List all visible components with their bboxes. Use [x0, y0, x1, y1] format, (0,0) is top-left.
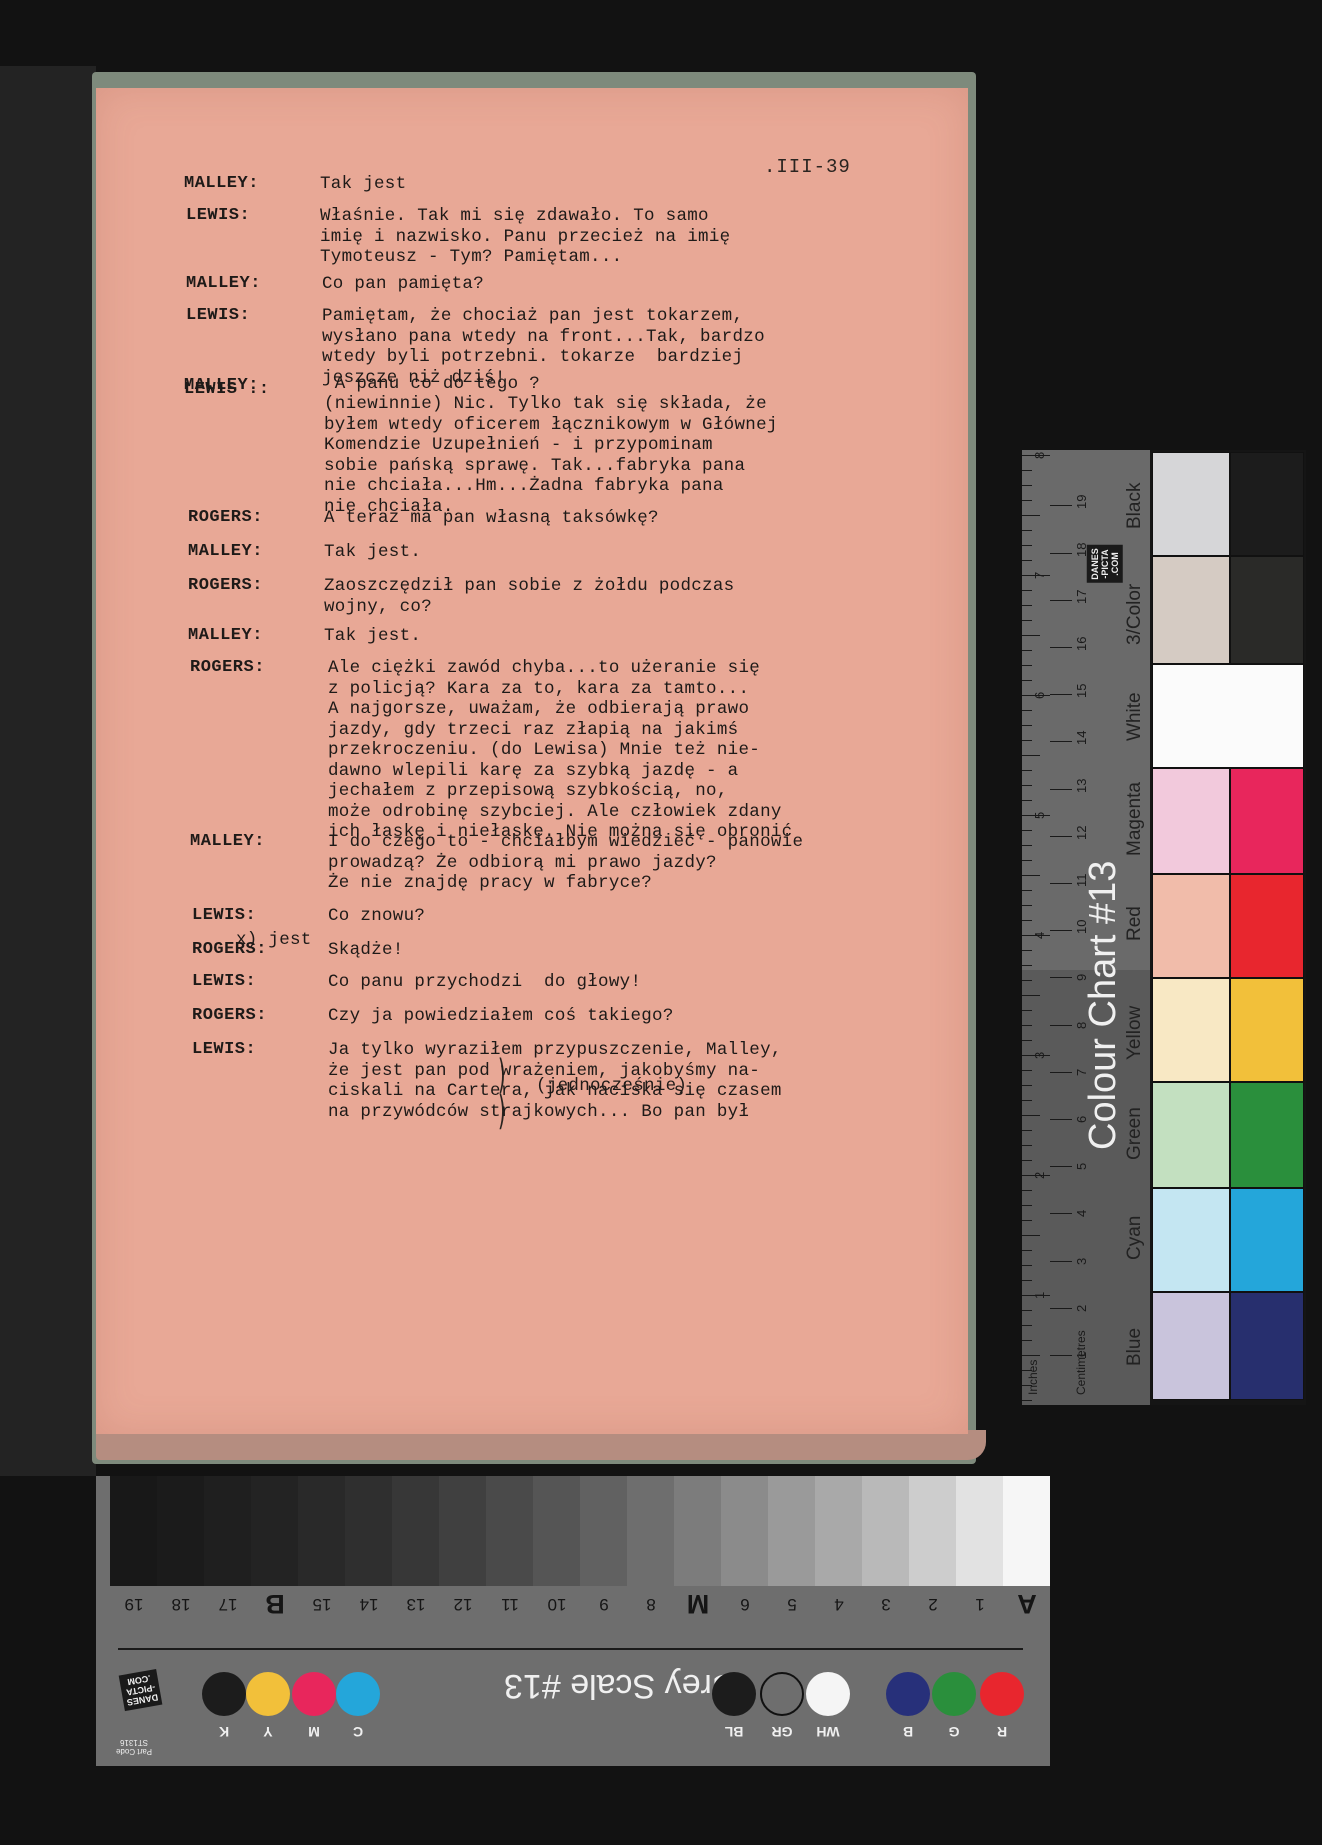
minor-tick: [1022, 710, 1032, 711]
dialogue-line: Że nie znajdę pracy w fabryce?: [328, 873, 652, 894]
minor-tick: [1022, 1130, 1032, 1131]
typescript-page: .III-39 ) ) (jednocześnie) x) jest MALLE…: [96, 88, 968, 1434]
grey-step-label: 19: [119, 1594, 149, 1614]
cm-tick: [1050, 647, 1072, 648]
grey-step-label: M: [683, 1588, 713, 1619]
cm-tick-label: 15: [1074, 684, 1089, 698]
logo-line: .COM: [1110, 548, 1120, 580]
part-code-value: ST1316: [116, 1738, 152, 1747]
grey-step: [862, 1476, 909, 1586]
colour-chart-title: Colour Chart #13: [1082, 861, 1125, 1150]
dialogue-line: A teraz ma pan własną taksówkę?: [324, 508, 659, 529]
minor-tick: [1022, 875, 1040, 876]
grey-scale-logo: DANES -PICTA .COM: [119, 1669, 162, 1711]
colour-dot: [760, 1672, 804, 1716]
cm-tick-label: 13: [1074, 778, 1089, 792]
colour-patch-light: [1152, 1292, 1230, 1400]
grey-step-label: 11: [495, 1594, 525, 1614]
colour-dot-label: G: [932, 1724, 976, 1740]
speaker-name: LEWIS:: [186, 206, 250, 225]
speaker-name: LEWIS:: [186, 306, 250, 325]
grey-scale-chart: Grey Scale #13 DANES -PICTA .COM Part Co…: [96, 1476, 1050, 1766]
grey-step: [1003, 1476, 1050, 1586]
minor-tick: [1022, 1100, 1032, 1101]
cm-tick-label: 9: [1074, 974, 1089, 981]
cm-tick-label: 11: [1074, 874, 1089, 888]
dialogue-line: Tymoteusz - Tym? Pamiętam...: [320, 247, 622, 268]
minor-tick: [1022, 1250, 1032, 1251]
minor-tick: [1022, 590, 1032, 591]
colour-patch-dark: [1230, 452, 1304, 556]
dialogue-line: Tak jest.: [324, 626, 421, 647]
speaker-name: LEWIS .:: [184, 380, 270, 399]
minor-tick: [1022, 1190, 1032, 1191]
colour-dot: [336, 1672, 380, 1716]
dialogue-line: ciskali na Cartera, jak naciska się czas…: [328, 1081, 782, 1102]
inch-tick-label: 2: [1032, 1172, 1047, 1179]
cm-tick: [1050, 553, 1072, 554]
colour-patch-light: [1152, 664, 1304, 768]
dialogue-line: byłem wtedy oficerem łącznikowym w Główn…: [324, 415, 778, 436]
inch-tick-label: 1: [1032, 1292, 1047, 1299]
dialogue-line: przekroczeniu. (do Lewisa) Mnie też nie-: [328, 740, 760, 761]
grey-step-label: 2: [918, 1594, 948, 1614]
minor-tick: [1022, 950, 1032, 951]
cm-tick: [1050, 1166, 1072, 1167]
speaker-name: MALLEY:: [184, 174, 259, 193]
logo-line: -PICTA: [1100, 548, 1110, 580]
dialogue-line: Skądże!: [328, 940, 404, 961]
inch-tick-label: 8: [1032, 452, 1047, 459]
grey-step: [674, 1476, 721, 1586]
minor-tick: [1022, 1235, 1040, 1236]
dialogue-line: może odrobinę szybciej. Ale człowiek zda…: [328, 802, 782, 823]
speaker-name: ROGERS:: [190, 658, 265, 677]
minor-tick: [1022, 1310, 1032, 1311]
cm-tick-label: 18: [1074, 542, 1089, 556]
grey-step: [768, 1476, 815, 1586]
cm-tick: [1050, 694, 1072, 695]
dialogue-line: A najgorsze, uważam, że odbierają prawo: [328, 699, 749, 720]
cm-tick: [1050, 930, 1072, 931]
inch-tick-label: 3: [1032, 1052, 1047, 1059]
colour-patch-label: Yellow: [1124, 1006, 1146, 1060]
dialogue-line: Pamiętam, że chociaż pan jest tokarzem,: [322, 306, 743, 327]
minor-tick: [1022, 650, 1032, 651]
cm-tick-label: 19: [1074, 495, 1089, 509]
cm-tick: [1050, 1213, 1072, 1214]
minor-tick: [1022, 1325, 1032, 1326]
minor-tick: [1022, 890, 1032, 891]
minor-tick: [1022, 1355, 1040, 1356]
colour-patch-light: [1152, 1082, 1230, 1188]
dialogue-line: I do czego to - chciałbym wiedzieć - pan…: [328, 832, 803, 853]
colour-dot-label: K: [202, 1724, 246, 1740]
grey-step-label: B: [260, 1588, 290, 1619]
colour-dot-label: GR: [760, 1724, 804, 1740]
grey-step: [956, 1476, 1003, 1586]
colour-patch-label: Cyan: [1124, 1216, 1146, 1260]
dialogue-line: na przywódców strajkowych... Bo pan był: [328, 1102, 749, 1123]
minor-tick: [1022, 860, 1032, 861]
colour-dot-label: R: [980, 1724, 1024, 1740]
dialogue-line: z policją? Kara za to, kara za tamto...: [328, 679, 749, 700]
minor-tick: [1022, 545, 1032, 546]
grey-step: [392, 1476, 439, 1586]
colour-patch-label: White: [1124, 692, 1146, 741]
colour-patch-label: Magenta: [1124, 782, 1146, 856]
speaker-name: ROGERS:: [188, 508, 263, 527]
grey-step: [627, 1476, 674, 1586]
colour-patch-dark: [1230, 1292, 1304, 1400]
cm-tick: [1050, 789, 1072, 790]
minor-tick: [1022, 725, 1032, 726]
colour-patch-label: Green: [1124, 1107, 1146, 1160]
grey-step-label: 18: [166, 1594, 196, 1614]
cm-tick: [1050, 977, 1072, 978]
dialogue-line: Tak jest.: [324, 542, 421, 563]
colour-dot: [806, 1672, 850, 1716]
colour-dot-label: WH: [806, 1724, 850, 1740]
minor-tick: [1022, 980, 1032, 981]
dialogue-line: Zaoszczędził pan sobie z żołdu podczas: [324, 576, 734, 597]
grey-step-label: 15: [307, 1594, 337, 1614]
grey-step-label: 3: [871, 1594, 901, 1614]
minor-tick: [1022, 1205, 1032, 1206]
cm-tick-label: 6: [1074, 1116, 1089, 1123]
dialogue-line: jazdy, gdy trzeci raz złapią na jakimś: [328, 720, 738, 741]
minor-tick: [1022, 530, 1032, 531]
speaker-name: LEWIS:: [192, 1040, 256, 1059]
speaker-name: ROGERS:: [192, 1006, 267, 1025]
grey-step-label: 8: [636, 1594, 666, 1614]
grey-step: [815, 1476, 862, 1586]
grey-step-label: 13: [401, 1594, 431, 1614]
minor-tick: [1022, 1400, 1032, 1401]
minor-tick: [1022, 665, 1032, 666]
dialogue-line: imię i nazwisko. Panu przecież na imię: [320, 227, 730, 248]
speaker-name: ROGERS:: [192, 940, 267, 959]
grey-step-label: A: [1012, 1588, 1042, 1619]
colour-patch-label: Blue: [1124, 1328, 1146, 1366]
speaker-name: MALLEY:: [186, 274, 261, 293]
cm-tick: [1050, 1119, 1072, 1120]
cm-tick: [1050, 505, 1072, 506]
dialogue-line: A panu co do tego ?: [324, 374, 540, 395]
dialogue-line: Ja tylko wyraziłem przypuszczenie, Malle…: [328, 1040, 782, 1061]
colour-dot: [932, 1672, 976, 1716]
cm-tick: [1050, 1072, 1072, 1073]
dialogue-line: dawno wlepili karę za szybką jazdę - a: [328, 761, 738, 782]
minor-tick: [1022, 560, 1032, 561]
inch-tick-label: 6: [1032, 692, 1047, 699]
inch-tick-label: 7: [1032, 572, 1047, 579]
minor-tick: [1022, 755, 1040, 756]
colour-patch-light: [1152, 978, 1230, 1082]
grey-scale-title: Grey Scale #13: [504, 1666, 738, 1705]
minor-tick: [1022, 1070, 1032, 1071]
grey-step: [721, 1476, 768, 1586]
colour-patch-dark: [1230, 874, 1304, 978]
cm-tick: [1050, 1261, 1072, 1262]
cm-tick-label: 4: [1074, 1210, 1089, 1217]
cm-tick-label: 10: [1074, 920, 1089, 934]
dialogue-line: jechałem z przepisową szybkością, no,: [328, 781, 728, 802]
minor-tick: [1022, 1145, 1032, 1146]
minor-tick: [1022, 1280, 1032, 1281]
grey-step-label: 12: [448, 1594, 478, 1614]
minor-tick: [1022, 800, 1032, 801]
colour-patch-dark: [1230, 1082, 1304, 1188]
colour-patch-light: [1152, 556, 1230, 664]
dialogue-line: (niewinnie) Nic. Tylko tak się składa, ż…: [324, 394, 767, 415]
dialogue-line: wojny, co?: [324, 597, 432, 618]
speaker-name: LEWIS:: [192, 972, 256, 991]
minor-tick: [1022, 680, 1032, 681]
cm-tick-label: 5: [1074, 1163, 1089, 1170]
cm-tick-label: 16: [1074, 637, 1089, 651]
cm-tick: [1050, 836, 1072, 837]
grey-step: [533, 1476, 580, 1586]
colour-dot-label: Y: [246, 1724, 290, 1740]
colour-dot: [246, 1672, 290, 1716]
grey-scale-divider: [118, 1648, 1023, 1650]
dialogue-line: prowadzą? Że odbiorą mi prawo jazdy?: [328, 853, 717, 874]
minor-tick: [1022, 1115, 1040, 1116]
cm-tick-label: 8: [1074, 1021, 1089, 1028]
grey-step: [439, 1476, 486, 1586]
dialogue-line: wysłano pana wtedy na front...Tak, bardz…: [322, 327, 765, 348]
colour-patch-label: Black: [1124, 483, 1146, 529]
cm-tick: [1050, 600, 1072, 601]
grey-step-label: 14: [354, 1594, 384, 1614]
grey-step-label: 4: [824, 1594, 854, 1614]
dialogue-line: Co znowu?: [328, 906, 425, 927]
colour-patch-light: [1152, 874, 1230, 978]
minor-tick: [1022, 1220, 1032, 1221]
dialogue-line: wtedy byli potrzebni. tokarze bardziej: [322, 347, 743, 368]
part-code: Part Code ST1316: [116, 1738, 152, 1756]
colour-dot-label: C: [336, 1724, 380, 1740]
colour-dot-label: B: [886, 1724, 930, 1740]
minor-tick: [1022, 1010, 1032, 1011]
minor-tick: [1022, 635, 1040, 636]
speaker-name: MALLEY:: [188, 542, 263, 561]
cm-tick: [1050, 883, 1072, 884]
minor-tick: [1022, 1385, 1032, 1386]
minor-tick: [1022, 485, 1032, 486]
minor-tick: [1022, 605, 1032, 606]
cm-tick-label: 12: [1074, 825, 1089, 839]
minor-tick: [1022, 785, 1032, 786]
page-number: .III-39: [764, 156, 851, 178]
minor-tick: [1022, 1265, 1032, 1266]
part-code-label: Part Code: [116, 1747, 152, 1756]
dialogue-line: Co panu przychodzi do głowy!: [328, 972, 641, 993]
minor-tick: [1022, 905, 1032, 906]
minor-tick: [1022, 740, 1032, 741]
grey-step: [486, 1476, 533, 1586]
minor-tick: [1022, 1025, 1032, 1026]
grey-step-label: 10: [542, 1594, 572, 1614]
colour-chart: Colour Chart #13 DANES -PICTA .COM Inche…: [1022, 450, 1306, 1405]
speaker-name: MALLEY:: [188, 626, 263, 645]
speaker-name: ROGERS:: [188, 576, 263, 595]
minor-tick: [1022, 770, 1032, 771]
dialogue-line: że jest pan pod wrażeniem, jakobyśmy na-: [328, 1061, 760, 1082]
minor-tick: [1022, 500, 1032, 501]
cm-tick-label: 2: [1074, 1305, 1089, 1312]
cm-tick: [1050, 1355, 1072, 1356]
logo-line: DANES: [1090, 548, 1100, 580]
grey-step-label: 9: [589, 1594, 619, 1614]
minor-tick: [1022, 920, 1032, 921]
grey-step: [298, 1476, 345, 1586]
dialogue-line: Tak jest: [320, 174, 406, 195]
dialogue-line: Komendzie Uzupełnień - i przypominam: [324, 435, 713, 456]
minor-tick: [1022, 1160, 1032, 1161]
minor-tick: [1022, 830, 1032, 831]
cm-tick: [1050, 1308, 1072, 1309]
colour-patch-label: Red: [1124, 906, 1146, 941]
binder-edge: [0, 66, 96, 1476]
grey-step-label: 5: [777, 1594, 807, 1614]
minor-tick: [1022, 515, 1040, 516]
centimetres-label: Centimetres: [1074, 1330, 1088, 1395]
cm-tick-label: 1: [1074, 1352, 1089, 1359]
colour-dot-label: M: [292, 1724, 336, 1740]
cm-tick-label: 7: [1074, 1069, 1089, 1076]
colour-dot: [712, 1672, 756, 1716]
dialogue-line: sobie pańską sprawę. Tak...fabryka pana: [324, 456, 745, 477]
inches-label: Inches: [1026, 1360, 1040, 1395]
dialogue-line: Czy ja powiedziałem coś takiego?: [328, 1006, 674, 1027]
minor-tick: [1022, 470, 1032, 471]
dialogue-line: Ale ciężki zawód chyba...to użeranie się: [328, 658, 760, 679]
minor-tick: [1022, 995, 1040, 996]
grey-step-label: 1: [965, 1594, 995, 1614]
speaker-name: LEWIS:: [192, 906, 256, 925]
colour-dot: [202, 1672, 246, 1716]
colour-patch-dark: [1230, 978, 1304, 1082]
colour-dot: [886, 1672, 930, 1716]
minor-tick: [1022, 965, 1032, 966]
cm-tick-label: 17: [1074, 589, 1089, 603]
minor-tick: [1022, 620, 1032, 621]
minor-tick: [1022, 1085, 1032, 1086]
colour-patch-label: 3/Color: [1124, 584, 1146, 645]
inch-tick-label: 5: [1032, 812, 1047, 819]
grey-step-label: 6: [730, 1594, 760, 1614]
colour-patch-dark: [1230, 556, 1304, 664]
colour-patch-light: [1152, 452, 1230, 556]
colour-chart-logo: DANES -PICTA .COM: [1087, 545, 1123, 583]
grey-step: [580, 1476, 627, 1586]
grey-step: [110, 1476, 157, 1586]
grey-step: [909, 1476, 956, 1586]
grey-step: [204, 1476, 251, 1586]
colour-patch-dark: [1230, 1188, 1304, 1292]
cm-tick-label: 14: [1074, 731, 1089, 745]
colour-patch-light: [1152, 1188, 1230, 1292]
grey-step-label: 17: [213, 1594, 243, 1614]
cm-tick: [1050, 1025, 1072, 1026]
colour-patch-dark: [1230, 768, 1304, 874]
grey-step: [345, 1476, 392, 1586]
minor-tick: [1022, 845, 1032, 846]
speaker-name: MALLEY:: [190, 832, 265, 851]
grey-step: [251, 1476, 298, 1586]
colour-dot: [292, 1672, 336, 1716]
inch-tick-label: 4: [1032, 932, 1047, 939]
page-bottom-edge: [96, 1430, 986, 1460]
cm-tick-label: 3: [1074, 1257, 1089, 1264]
dialogue-line: Właśnie. Tak mi się zdawało. To samo: [320, 206, 709, 227]
minor-tick: [1022, 1340, 1032, 1341]
colour-dot: [980, 1672, 1024, 1716]
minor-tick: [1022, 1370, 1032, 1371]
dialogue-line: nie chciała...Hm...Żadna fabryka pana: [324, 476, 724, 497]
colour-dot-label: BL: [712, 1724, 756, 1740]
colour-patch-light: [1152, 768, 1230, 874]
grey-step: [157, 1476, 204, 1586]
minor-tick: [1022, 1040, 1032, 1041]
cm-tick: [1050, 741, 1072, 742]
dialogue-line: Co pan pamięta?: [322, 274, 484, 295]
